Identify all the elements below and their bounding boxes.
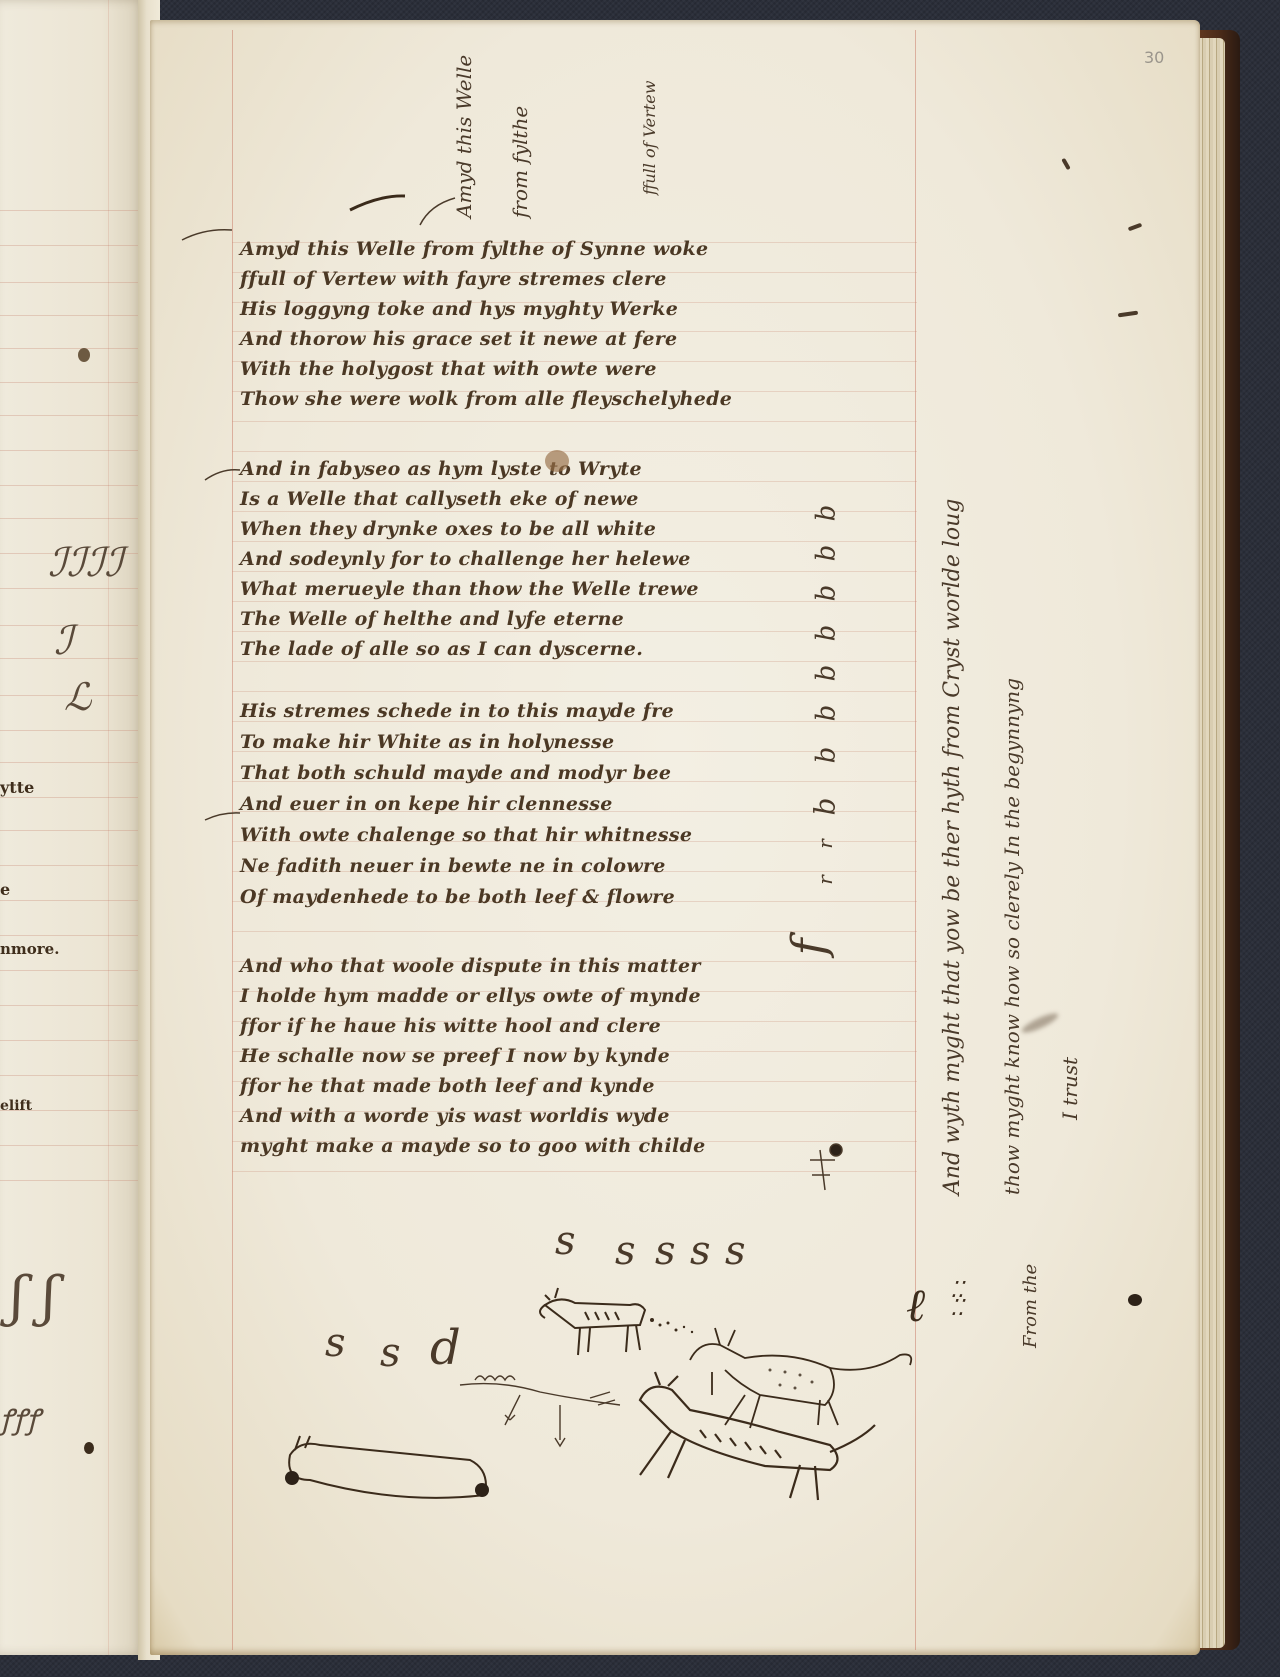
ink-blot xyxy=(475,1483,489,1497)
long-beast-drawing xyxy=(640,1372,875,1500)
breath-dots xyxy=(650,1318,693,1333)
ink-blot xyxy=(285,1471,299,1485)
spotted-deer-drawing xyxy=(690,1328,911,1428)
small-quadruped-drawing xyxy=(540,1288,645,1355)
arrow-creature-drawing xyxy=(460,1376,620,1446)
animal-drawings xyxy=(0,0,1280,1677)
recumbent-animal-drawing xyxy=(289,1436,486,1498)
